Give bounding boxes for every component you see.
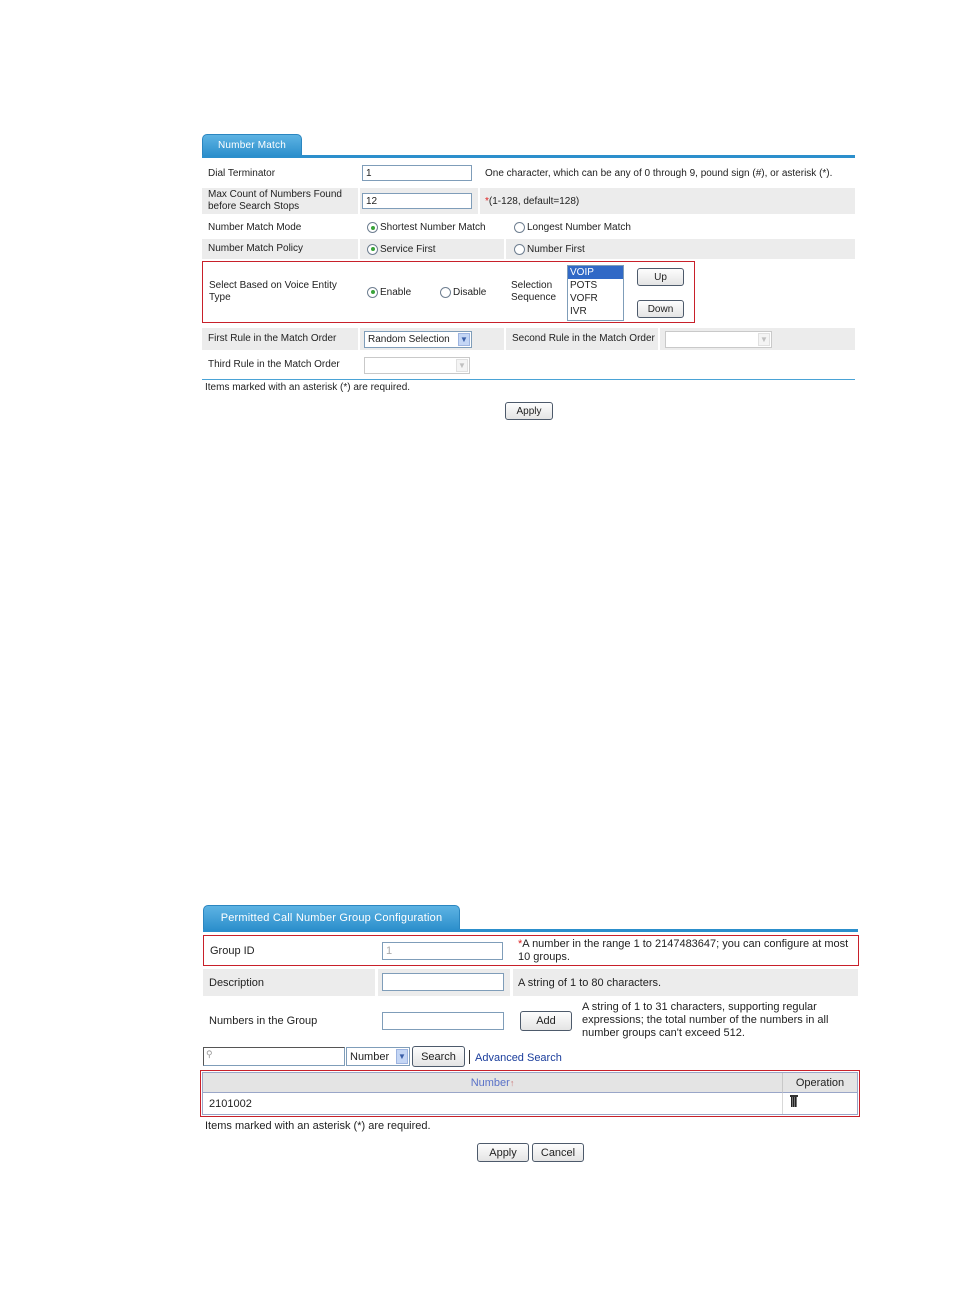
tab-number-match[interactable]: Number Match xyxy=(202,134,302,156)
dial-terminator-hint: One character, which can be any of 0 thr… xyxy=(485,163,832,184)
apply-button[interactable]: Apply xyxy=(477,1143,529,1162)
voice-entity-label-line2: Type xyxy=(209,292,231,304)
tab-group-config[interactable]: Permitted Call Number Group Configuratio… xyxy=(203,905,460,930)
row-match-mode: Number Match Mode Shortest Number Match … xyxy=(202,218,855,237)
voice-entity-label-line1: Select Based on Voice Entity xyxy=(209,280,337,292)
voice-entity-label: Select Based on Voice Entity Type xyxy=(203,262,359,322)
row-numbers: Numbers in the Group Add A string of 1 t… xyxy=(203,999,858,1043)
radio-label: Number First xyxy=(527,244,585,255)
row-max-count: Max Count of Numbers Found before Search… xyxy=(202,188,855,214)
tab-label: Number Match xyxy=(218,140,286,151)
table-row: 2101002 xyxy=(203,1093,857,1114)
group-id-hint: *A number in the range 1 to 2147483647; … xyxy=(518,938,848,964)
radio-longest-number-match[interactable]: Longest Number Match xyxy=(514,218,631,237)
group-id-hint-line1: A number in the range 1 to 2147483647; y… xyxy=(522,938,848,950)
radio-button[interactable] xyxy=(367,244,378,255)
max-count-hint: *(1-128, default=128) xyxy=(480,188,855,214)
row-voice-entity: Select Based on Voice Entity Type Enable… xyxy=(203,262,694,322)
separator xyxy=(469,1050,470,1064)
advanced-search-link[interactable]: Advanced Search xyxy=(475,1052,562,1064)
column-label: Number xyxy=(471,1077,510,1089)
group-id-input[interactable] xyxy=(382,942,503,960)
row-third-rule: Third Rule in the Match Order ▼ xyxy=(202,354,855,376)
search-icon: ⚲ xyxy=(206,1049,213,1060)
search-field-select[interactable]: Number ▼ xyxy=(346,1047,410,1066)
radio-number-first[interactable]: Number First xyxy=(506,239,855,259)
second-rule-select[interactable]: ▼ xyxy=(665,331,772,348)
select-value: Number xyxy=(350,1051,389,1063)
max-count-input[interactable] xyxy=(362,193,472,209)
select-value: Random Selection xyxy=(368,334,450,345)
section-divider xyxy=(202,379,855,380)
numbers-hint-line3: number groups can't exceed 512. xyxy=(582,1027,745,1039)
radio-button[interactable] xyxy=(367,222,378,233)
max-count-label-line1: Max Count of Numbers Found xyxy=(208,189,342,201)
column-header-number[interactable]: Number↑ xyxy=(203,1073,782,1093)
max-count-hint-text: (1-128, default=128) xyxy=(489,196,579,207)
numbers-label: Numbers in the Group xyxy=(203,999,375,1043)
column-header-operation: Operation xyxy=(782,1073,857,1093)
third-rule-select[interactable]: ▼ xyxy=(364,357,470,374)
dial-terminator-label: Dial Terminator xyxy=(202,163,358,184)
match-policy-label: Number Match Policy xyxy=(202,239,358,259)
chevron-down-icon[interactable]: ▼ xyxy=(758,333,770,346)
listbox-item-ivr[interactable]: IVR xyxy=(568,305,623,318)
tab-label: Permitted Call Number Group Configuratio… xyxy=(221,912,443,924)
radio-button[interactable] xyxy=(514,222,525,233)
tab-underline xyxy=(203,929,858,932)
required-footnote: Items marked with an asterisk (*) are re… xyxy=(205,382,410,393)
radio-button[interactable] xyxy=(514,244,525,255)
radio-button[interactable] xyxy=(440,287,451,298)
trash-icon[interactable] xyxy=(790,1095,798,1107)
chevron-down-icon[interactable]: ▼ xyxy=(396,1049,408,1064)
radio-shortest-number-match[interactable]: Shortest Number Match xyxy=(367,218,486,237)
radio-enable[interactable]: Enable xyxy=(367,284,411,300)
radio-label: Service First xyxy=(380,244,436,255)
first-rule-select[interactable]: Random Selection ▼ xyxy=(364,331,472,348)
numbers-hint-line2: expressions; the total number of the num… xyxy=(582,1014,828,1026)
row-description: Description A string of 1 to 80 characte… xyxy=(203,969,858,996)
cancel-button[interactable]: Cancel xyxy=(532,1143,584,1162)
first-rule-label: First Rule in the Match Order xyxy=(202,328,358,350)
add-button[interactable]: Add xyxy=(520,1011,572,1031)
group-id-label: Group ID xyxy=(204,936,374,965)
selection-sequence-label-line2: Sequence xyxy=(511,292,556,304)
numbers-input[interactable] xyxy=(382,1012,504,1030)
second-rule-label: Second Rule in the Match Order xyxy=(506,328,658,350)
max-count-label-line2: before Search Stops xyxy=(208,201,299,213)
row-dial-terminator: Dial Terminator One character, which can… xyxy=(202,163,855,184)
radio-button[interactable] xyxy=(367,287,378,298)
listbox-item-pots[interactable]: POTS xyxy=(568,279,623,292)
up-button[interactable]: Up xyxy=(637,268,684,286)
radio-label: Longest Number Match xyxy=(527,222,631,233)
tab-underline xyxy=(202,155,855,158)
match-mode-label: Number Match Mode xyxy=(202,218,358,237)
search-button[interactable]: Search xyxy=(412,1046,465,1067)
radio-disable[interactable]: Disable xyxy=(440,284,486,300)
number-cell: 2101002 xyxy=(209,1098,252,1110)
row-first-second-rule: First Rule in the Match Order Random Sel… xyxy=(202,328,855,350)
chevron-down-icon[interactable]: ▼ xyxy=(458,333,470,346)
description-input[interactable] xyxy=(382,973,504,991)
sort-ascending-icon[interactable]: ↑ xyxy=(510,1078,515,1088)
third-rule-label: Third Rule in the Match Order xyxy=(202,354,358,376)
radio-label: Enable xyxy=(380,287,411,298)
down-button[interactable]: Down xyxy=(637,300,684,318)
listbox-item-voip[interactable]: VOIP xyxy=(568,266,623,279)
cell-divider xyxy=(782,1093,783,1114)
chevron-down-icon[interactable]: ▼ xyxy=(456,359,468,372)
selection-sequence-listbox[interactable]: VOIP POTS VOFR IVR xyxy=(567,265,624,321)
search-input[interactable]: ⚲ xyxy=(203,1047,345,1066)
row-match-policy: Number Match Policy Service First Number… xyxy=(202,239,855,259)
listbox-item-vofr[interactable]: VOFR xyxy=(568,292,623,305)
dial-terminator-input[interactable] xyxy=(362,165,472,181)
numbers-hint: A string of 1 to 31 characters, supporti… xyxy=(582,1001,828,1040)
radio-service-first[interactable]: Service First xyxy=(360,239,504,259)
number-table: Number↑ Operation 2101002 xyxy=(202,1072,858,1115)
required-footnote: Items marked with an asterisk (*) are re… xyxy=(205,1120,431,1132)
group-id-hint-line2: 10 groups. xyxy=(518,951,570,963)
selection-sequence-label: Selection Sequence xyxy=(511,262,556,322)
description-label: Description xyxy=(203,969,375,996)
radio-label: Disable xyxy=(453,287,486,298)
radio-label: Shortest Number Match xyxy=(380,222,486,233)
apply-button[interactable]: Apply xyxy=(505,402,553,420)
numbers-hint-line1: A string of 1 to 31 characters, supporti… xyxy=(582,1001,817,1013)
max-count-label: Max Count of Numbers Found before Search… xyxy=(202,188,358,214)
description-hint: A string of 1 to 80 characters. xyxy=(513,969,858,996)
row-group-id: Group ID *A number in the range 1 to 214… xyxy=(204,936,858,965)
selection-sequence-label-line1: Selection xyxy=(511,280,552,292)
